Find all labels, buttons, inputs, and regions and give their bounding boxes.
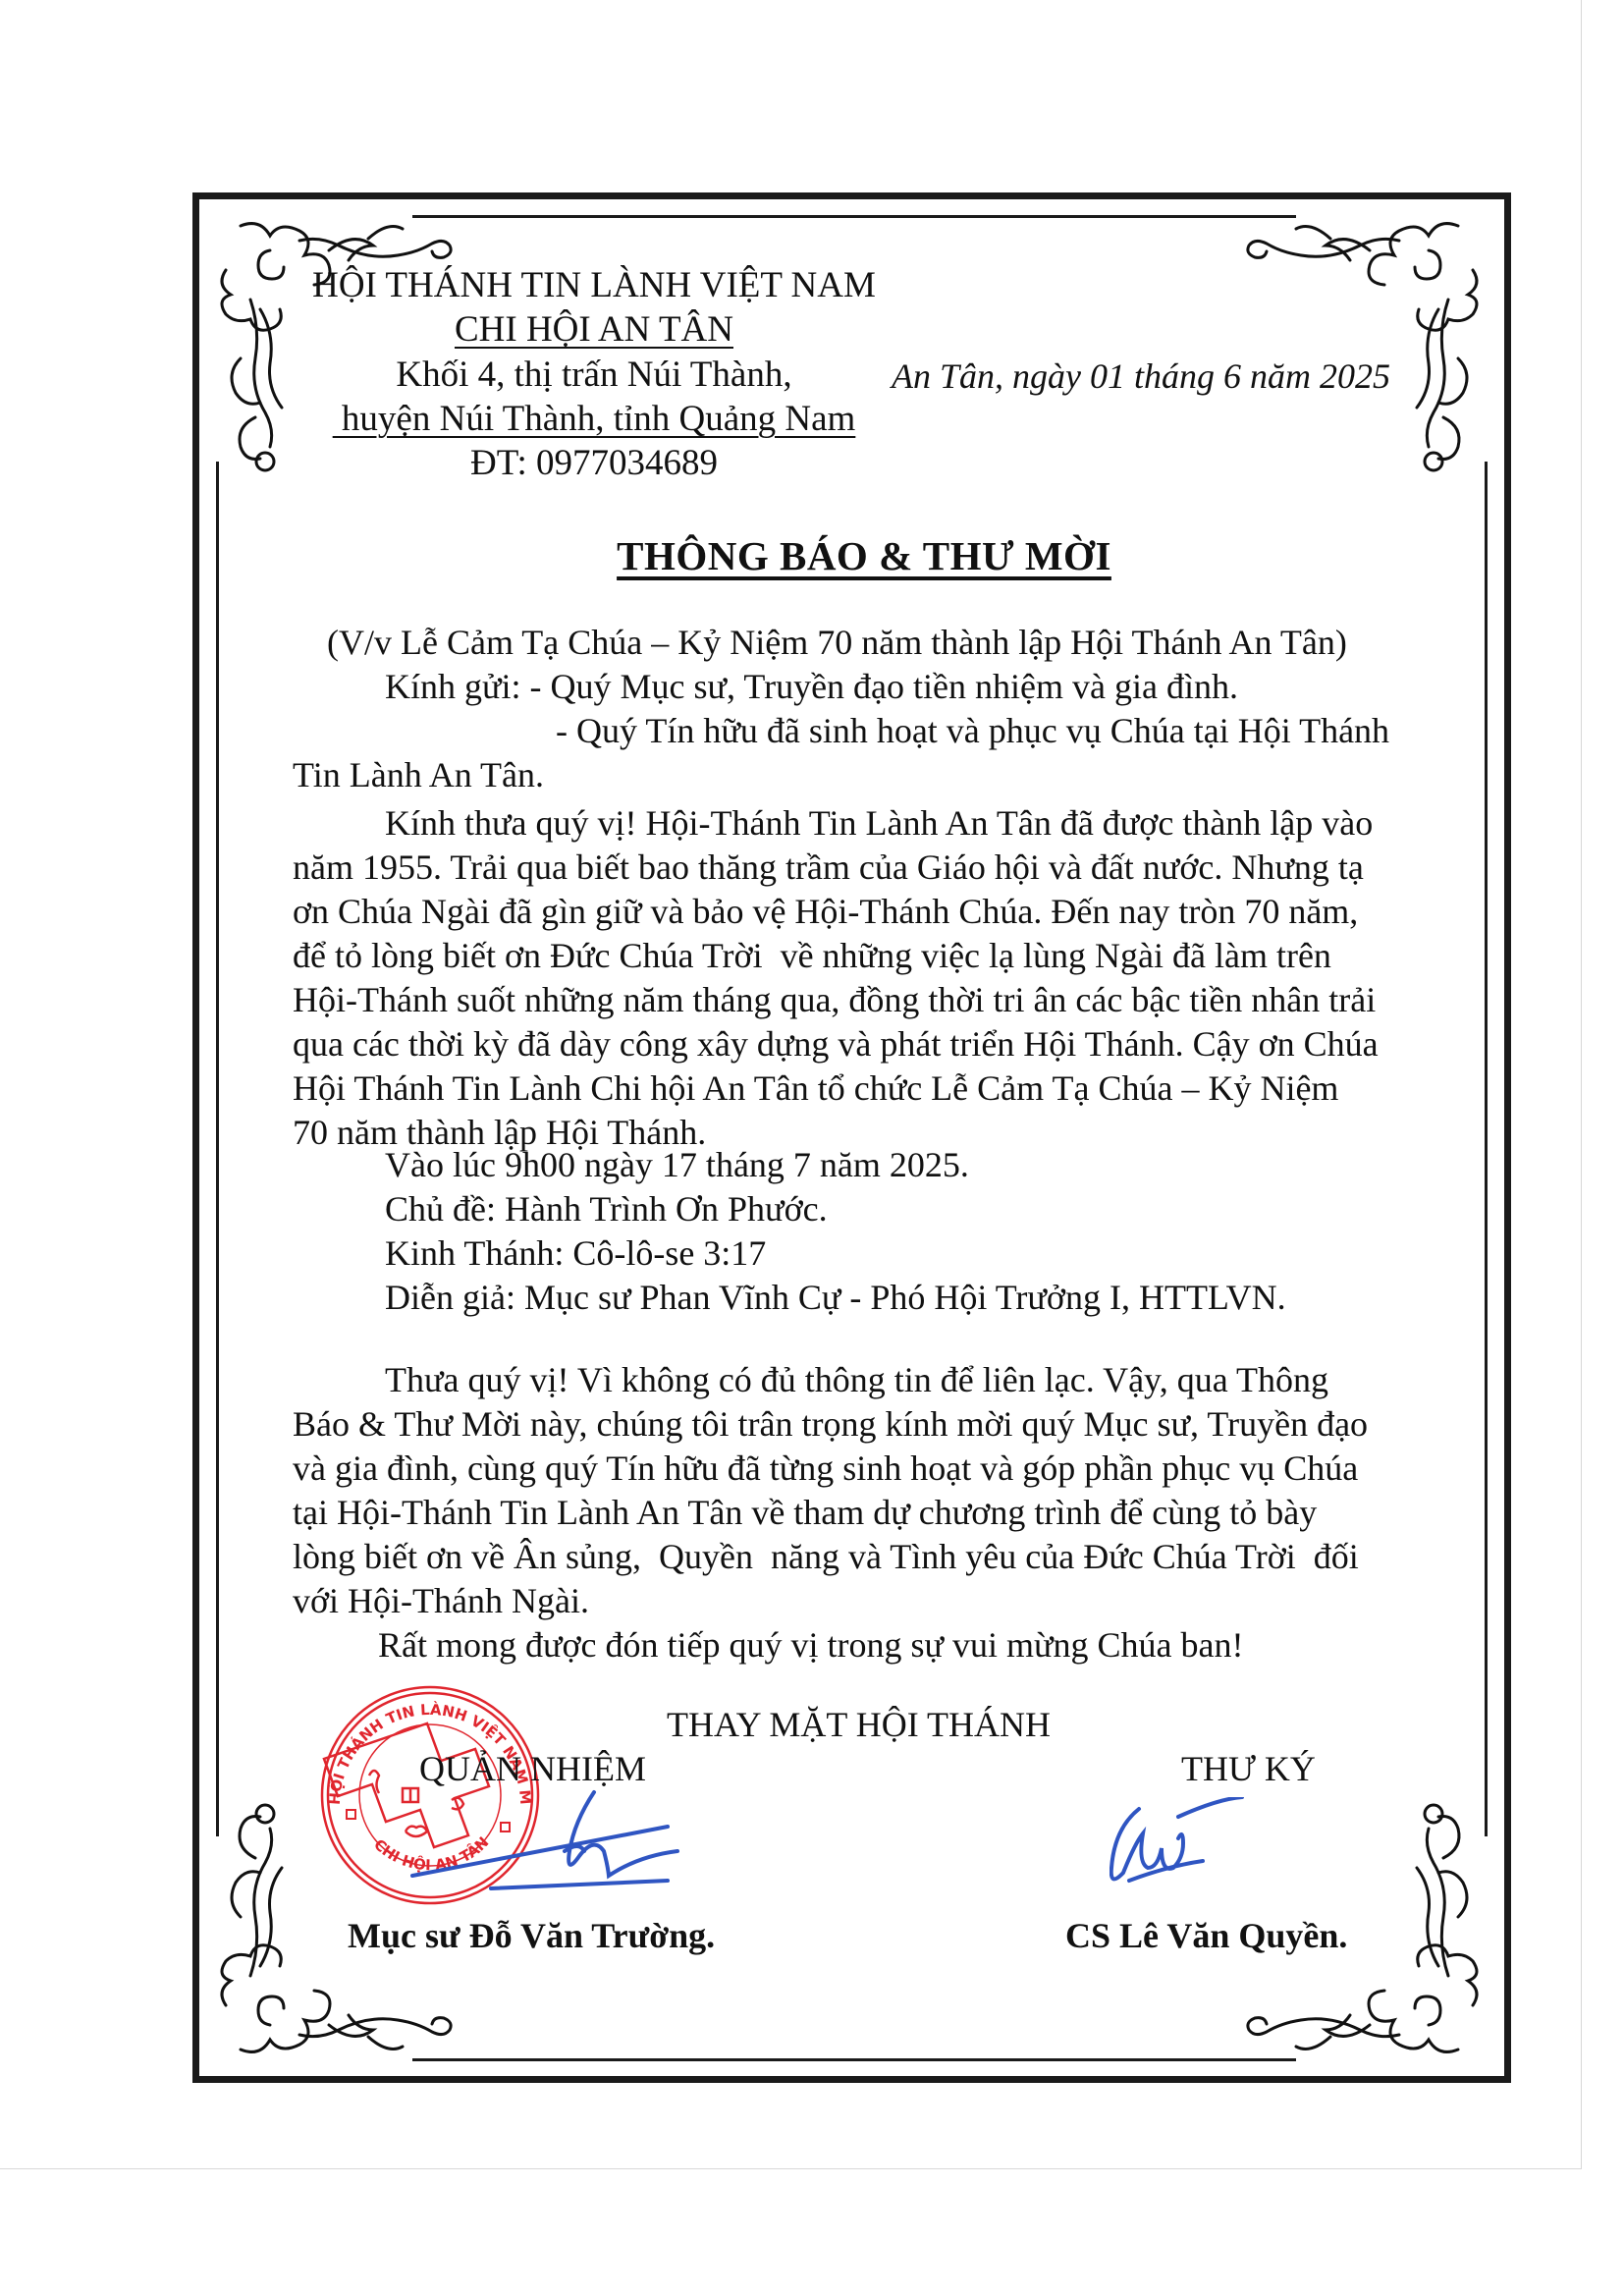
document-title: THÔNG BÁO & THƯ MỜI — [0, 532, 1624, 579]
paragraph-line: Báo & Thư Mời này, chúng tôi trân trọng … — [293, 1406, 1368, 1442]
pastor-name: Mục sư Đỗ Văn Trường. — [348, 1915, 715, 1956]
event-theme: Chủ đề: Hành Trình Ơn Phước. — [385, 1191, 828, 1227]
paragraph-line: Hội-Thánh suốt những năm tháng qua, đồng… — [293, 982, 1376, 1017]
frame-inner-bottom-line — [412, 2058, 1296, 2061]
on-behalf-label: THAY MẶT HỘI THÁNH — [667, 1704, 1051, 1745]
paragraph-line: lòng biết ơn về Ân sủng, Quyền năng và T… — [293, 1539, 1359, 1574]
subject-line: (V/v Lễ Cảm Tạ Chúa – Kỷ Niệm 70 năm thà… — [327, 625, 1347, 660]
phone-number: ĐT: 0977034689 — [299, 445, 889, 481]
paragraph-line: và gia đình, cùng quý Tín hữu đã từng si… — [293, 1450, 1358, 1486]
recipient-line-1: Kính gửi: - Quý Mục sư, Truyền đạo tiền … — [385, 669, 1238, 704]
event-time: Vào lúc 9h00 ngày 17 tháng 7 năm 2025. — [385, 1147, 969, 1182]
address-line-1: Khối 4, thị trấn Núi Thành, — [299, 356, 889, 393]
paragraph-line: qua các thời kỳ đã dày công xây dựng và … — [293, 1026, 1379, 1062]
recipient-line-2: - Quý Tín hữu đã sinh hoạt và phục vụ Ch… — [556, 713, 1389, 748]
branch-name: CHI HỘI AN TÂN — [299, 311, 889, 348]
paragraph-line: Kính thưa quý vị! Hội-Thánh Tin Lành An … — [385, 805, 1373, 841]
recipient-line-3: Tin Lành An Tân. — [293, 757, 544, 793]
secretary-name: CS Lê Văn Quyền. — [1065, 1915, 1347, 1956]
closing-line: Rất mong được đón tiếp quý vị trong sự v… — [378, 1627, 1244, 1663]
paragraph-line: để tỏ lòng biết ơn Đức Chúa Trời về nhữn… — [293, 938, 1331, 973]
pastor-title: QUẢN NHIỆM — [419, 1748, 646, 1789]
ornament-top-right-icon — [1232, 211, 1488, 476]
event-speaker: Diễn giả: Mục sư Phan Vĩnh Cự - Phó Hội … — [385, 1280, 1286, 1315]
frame-inner-left-line — [216, 462, 219, 1836]
frame-inner-top-line — [412, 215, 1296, 218]
event-scripture: Kinh Thánh: Cô-lô-se 3:17 — [385, 1235, 766, 1271]
pastor-signature-icon — [403, 1787, 687, 1895]
secretary-title: THƯ KÝ — [1181, 1748, 1316, 1789]
address-line-2: huyện Núi Thành, tỉnh Quảng Nam — [299, 401, 889, 437]
paragraph-line: với Hội-Thánh Ngài. — [293, 1583, 589, 1618]
place-date: An Tân, ngày 01 tháng 6 năm 2025 — [892, 355, 1390, 397]
paragraph-line: ơn Chúa Ngài đã gìn giữ và bảo vệ Hội-Th… — [293, 894, 1358, 929]
paragraph-line: năm 1955. Trải qua biết bao thăng trầm c… — [293, 849, 1364, 885]
paragraph-line: Hội Thánh Tin Lành Chi hội An Tân tổ chứ… — [293, 1070, 1338, 1106]
secretary-signature-icon — [1110, 1797, 1257, 1895]
org-name: HỘI THÁNH TIN LÀNH VIỆT NAM — [299, 267, 889, 303]
frame-inner-right-line — [1485, 462, 1488, 1836]
paragraph-line: Thưa quý vị! Vì không có đủ thông tin để… — [385, 1362, 1328, 1397]
paragraph-line: tại Hội-Thánh Tin Lành An Tân về tham dự… — [293, 1495, 1317, 1530]
